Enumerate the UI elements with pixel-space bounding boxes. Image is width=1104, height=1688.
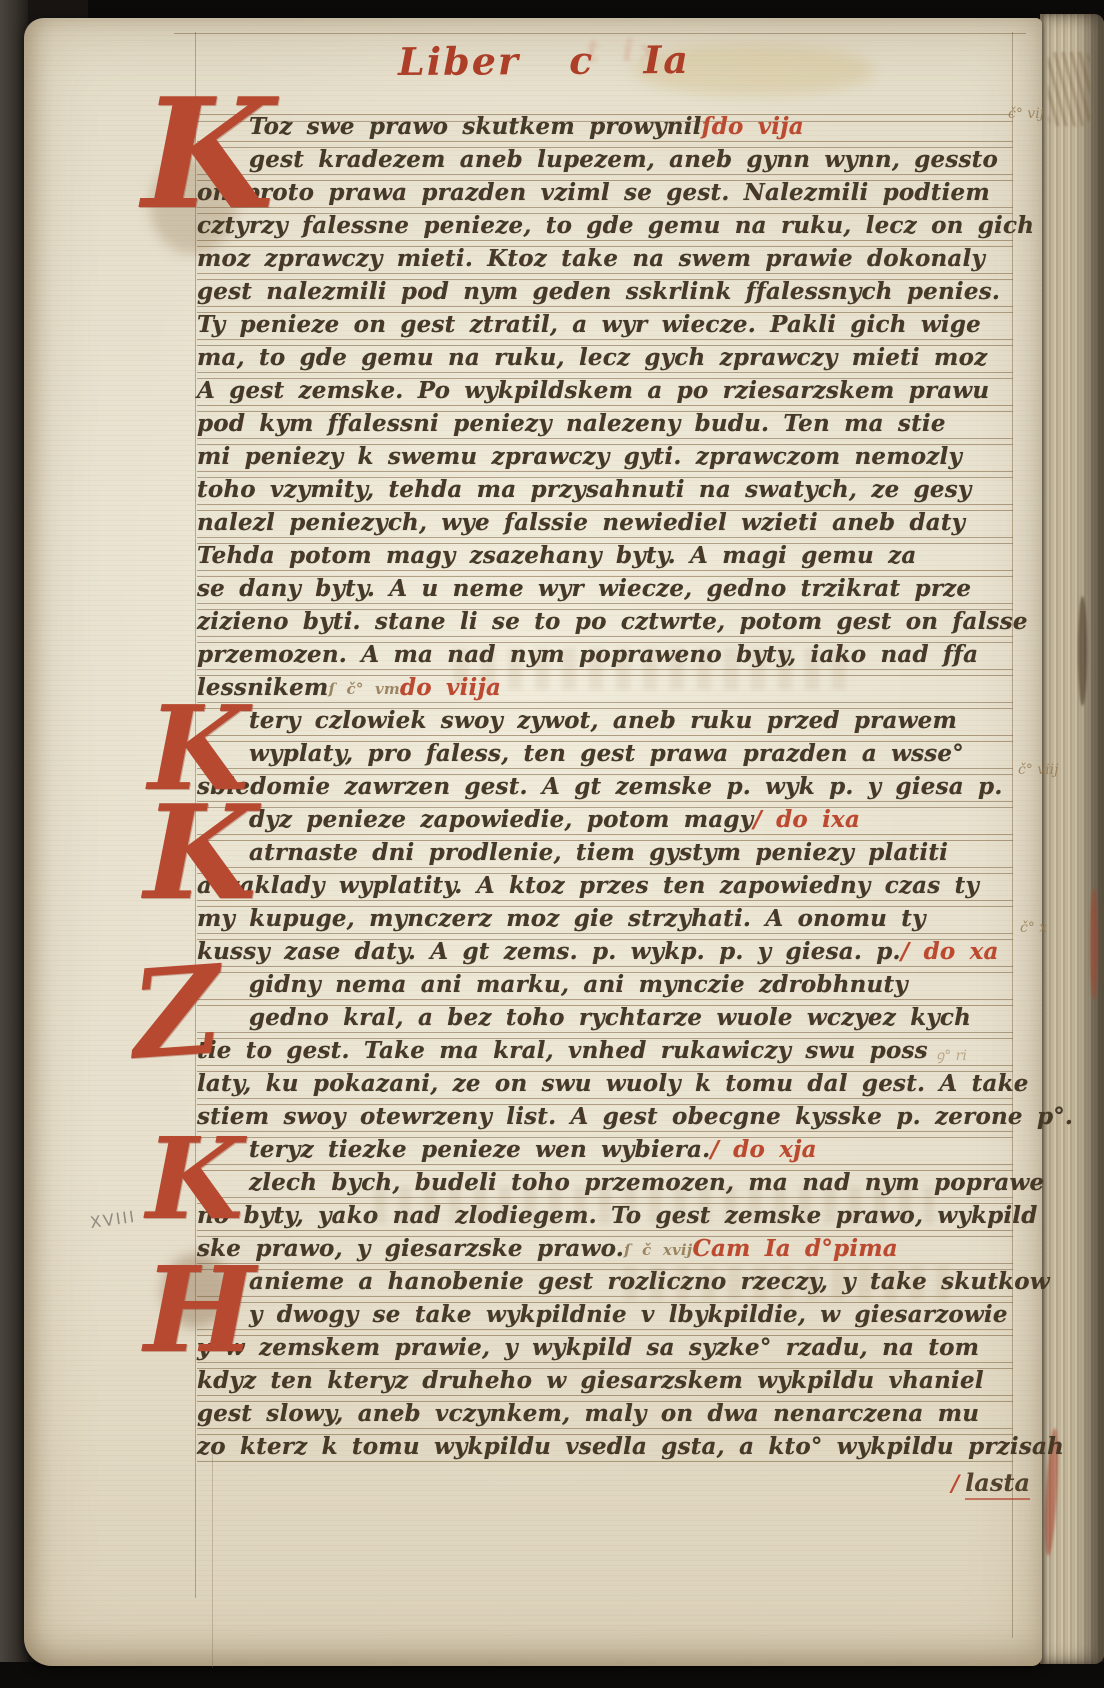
manuscript-line: nalezl peniezych, wye falssie newiediel …: [197, 510, 1013, 538]
fore-edge-mark: [1078, 596, 1087, 706]
body-text: A gest zemske. Po wykpildskem a po rzies…: [197, 377, 989, 404]
book-fore-edge: [1040, 14, 1104, 1664]
body-text: kussy zase daty. A gt zems. p. wykp. p. …: [197, 938, 901, 965]
manuscript-line: gest slowy, aneb vczynkem, maly on dwa n…: [197, 1401, 1013, 1429]
body-text: Ty penieze on gest ztratil, a wyr wiecze…: [197, 311, 981, 338]
manuscript-line: my kupuge, mynczerz moz gie strzyhati. A…: [197, 906, 1013, 934]
body-text: gest nalezmili pod nym geden sskrlink ff…: [197, 278, 1000, 305]
body-text: mi peniezy k swemu zprawczy gyti. zprawc…: [197, 443, 962, 470]
body-text: my kupuge, mynczerz moz gie strzyhati. A…: [197, 905, 926, 932]
chapter-margin-note: č° x: [1020, 920, 1047, 936]
body-text: przemozen. A ma nad nym popraweno byty, …: [197, 641, 978, 668]
body-text: sbiedomie zawrzen gest. A gt zemske p. w…: [197, 773, 1003, 800]
chapter-margin-note: č° viij: [1018, 762, 1059, 778]
body-text: laty, ku pokazani, ze on swu wuoly k tom…: [197, 1070, 1029, 1097]
manuscript-line: lessnikem ſ č° vm do viija: [197, 675, 1013, 703]
body-text: zo kterz k tomu wykpildu vsedla gsta, a …: [197, 1433, 1064, 1460]
body-text: y w zemskem prawie, y wykpild sa syzke° …: [197, 1334, 979, 1361]
body-text: ske prawo, y giesarzske prawo.: [197, 1235, 624, 1262]
body-text: stiem swoy otewrzeny list. A gest obecgn…: [197, 1103, 1073, 1130]
body-text: nalezl peniezych, wye falssie newiediel …: [197, 509, 965, 536]
red-initial-K: K: [146, 1134, 243, 1226]
red-initial-H: H: [144, 1262, 256, 1359]
body-text: teryz tiezke penieze wen wybiera.: [249, 1136, 710, 1163]
manuscript-line: kussy zase daty. A gt zems. p. wykp. p. …: [197, 939, 1013, 967]
manuscript-line: A gest zemske. Po wykpildskem a po rzies…: [197, 378, 1013, 406]
body-text: dyz penieze zapowiedie, potom magy: [249, 806, 753, 833]
manuscript-line: cztyrzy falessne penieze, to gde gemu na…: [197, 213, 1013, 241]
modern-pencil-foliation: XVIII: [89, 1207, 137, 1232]
manuscript-line: zo kterz k tomu wykpildu vsedla gsta, a …: [197, 1434, 1013, 1462]
parchment-page: Liber c Ia t ix Toz swe prawo skutkem pr…: [24, 18, 1042, 1666]
body-text: kdyz ten kteryz druheho w giesarzskem wy…: [197, 1367, 984, 1394]
body-text: zizieno byti. stane li se to po cztwrte,…: [197, 608, 1028, 635]
rubric-text: do vija: [712, 113, 804, 140]
body-text: se dany byty. A u neme wyr wiecze, gedno…: [197, 575, 971, 602]
text-block: Toz swe prawo skutkem prowynil ſ do vija…: [197, 114, 1013, 1467]
body-text: toho vzymity, tehda ma przysahnuti na sw…: [197, 476, 971, 503]
body-text: moz zprawczy mieti. Ktoz take na swem pr…: [197, 245, 985, 272]
manuscript-line: a zaklady wyplatity. A ktoz przes ten za…: [197, 873, 1013, 901]
manuscript-line: ske prawo, y giesarzske prawo. ſ č xvij …: [197, 1236, 1013, 1264]
body-text: y dwogy se take wykpildnie v lbykpildie,…: [249, 1301, 1008, 1328]
rubric-text: ſ: [702, 113, 712, 140]
rubric-text: Cam Ia d°pima: [692, 1235, 897, 1262]
manuscript-line: Ty penieze on gest ztratil, a wyr wiecze…: [197, 312, 1013, 340]
manuscript-scan: { "document": { "type": "medieval-manusc…: [0, 0, 1104, 1688]
manuscript-line: ma, to gde gemu na ruku, lecz gych zpraw…: [197, 345, 1013, 373]
body-text: gidny nema ani marku, ani mynczie zdrobh…: [249, 971, 908, 998]
running-title-rubric: Liber c Ia: [354, 37, 734, 85]
manuscript-line: moz zprawczy mieti. Ktoz take na swem pr…: [197, 246, 1013, 274]
manuscript-line: on proto prawa prazden vziml se gest. Na…: [197, 180, 1013, 208]
parchment-crease: [212, 1454, 213, 1668]
manuscript-line: gidny nema ani marku, ani mynczie zdrobh…: [197, 972, 1013, 1000]
red-initial-K: K: [142, 92, 274, 217]
manuscript-line: atrnaste dni prodlenie, tiem gystym peni…: [197, 840, 1013, 868]
catchword-red-slash: /: [951, 1471, 959, 1497]
body-text: gest slowy, aneb vczynkem, maly on dwa n…: [197, 1400, 979, 1427]
manuscript-line: y dwogy se take wykpildnie v lbykpildie,…: [197, 1302, 1013, 1330]
header-ink-offset-ghost: t ix: [586, 34, 664, 69]
red-initial-Z: Z: [129, 959, 225, 1065]
body-text: cztyrzy falessne penieze, to gde gemu na…: [197, 212, 1034, 239]
body-text: tery czlowiek swoy zywot, aneb ruku prze…: [249, 707, 957, 734]
manuscript-line: Toz swe prawo skutkem prowynil ſ do vija: [197, 114, 1013, 142]
rubric-text: / do ixa: [753, 806, 860, 833]
manuscript-line: anieme a hanobenie gest rozliczno rzeczy…: [197, 1269, 1013, 1297]
chapter-margin-note: č° vij: [1008, 106, 1044, 122]
manuscript-line: toho vzymity, tehda ma przysahnuti na sw…: [197, 477, 1013, 505]
manuscript-line: se dany byty. A u neme wyr wiecze, gedno…: [197, 576, 1013, 604]
manuscript-line: gedno kral, a bez toho rychtarze wuole w…: [197, 1005, 1013, 1033]
body-text: wyplaty, pro faless, ten gest prawa praz…: [249, 740, 964, 767]
catchword-text: lasta: [965, 1468, 1030, 1500]
manuscript-line: gest kradezem aneb lupezem, aneb gynn wy…: [197, 147, 1013, 175]
body-text: zlech bych, budeli toho przemozen, ma na…: [249, 1169, 1044, 1196]
body-text: tie to gest. Take ma kral, vnhed rukawic…: [197, 1037, 928, 1064]
manuscript-line: mi peniezy k swemu zprawczy gyti. zprawc…: [197, 444, 1013, 472]
body-text: anieme a hanobenie gest rozliczno rzeczy…: [249, 1268, 1050, 1295]
catchword: /lasta: [870, 1468, 1030, 1497]
manuscript-line: tery czlowiek swoy zywot, aneb ruku prze…: [197, 708, 1013, 736]
body-text: gedno kral, a bez toho rychtarze wuole w…: [249, 1004, 971, 1031]
red-initial-K: K: [144, 800, 257, 907]
manuscript-line: tie to gest. Take ma kral, vnhed rukawic…: [197, 1038, 1013, 1066]
rubric-text: do viija: [400, 674, 501, 701]
fore-edge-red-bleed: [1090, 888, 1098, 1000]
interline-note: ſ č° vm: [328, 676, 400, 703]
body-text: atrnaste dni prodlenie, tiem gystym peni…: [249, 839, 948, 866]
body-text: pod kym ffalessni peniezy nalezeny budu.…: [197, 410, 946, 437]
manuscript-line: zizieno byti. stane li se to po cztwrte,…: [197, 609, 1013, 637]
rubric-text: / do xja: [710, 1136, 816, 1163]
body-text: no byty, yako nad zlodiegem. To gest zem…: [197, 1202, 1038, 1229]
body-text: a zaklady wyplatity. A ktoz przes ten za…: [197, 872, 979, 899]
rubric-text: / do xa: [901, 938, 999, 965]
body-text: gest kradezem aneb lupezem, aneb gynn wy…: [249, 146, 998, 173]
manuscript-line: stiem swoy otewrzeny list. A gest obecgn…: [197, 1104, 1013, 1132]
manuscript-line: zlech bych, budeli toho przemozen, ma na…: [197, 1170, 1013, 1198]
manuscript-line: gest nalezmili pod nym geden sskrlink ff…: [197, 279, 1013, 307]
chapter-margin-note: ꝯ° ri: [936, 1046, 967, 1065]
manuscript-line: teryz tiezke penieze wen wybiera. / do x…: [197, 1137, 1013, 1165]
manuscript-line: y w zemskem prawie, y wykpild sa syzke° …: [197, 1335, 1013, 1363]
manuscript-line: sbiedomie zawrzen gest. A gt zemske p. w…: [197, 774, 1013, 802]
manuscript-line: kdyz ten kteryz druheho w giesarzskem wy…: [197, 1368, 1013, 1396]
fore-edge-mark: [1048, 52, 1090, 126]
manuscript-line: laty, ku pokazani, ze on swu wuoly k tom…: [197, 1071, 1013, 1099]
manuscript-line: wyplaty, pro faless, ten gest prawa praz…: [197, 741, 1013, 769]
body-text: Toz swe prawo skutkem prowynil: [249, 113, 702, 140]
body-text: on proto prawa prazden vziml se gest. Na…: [197, 179, 990, 206]
manuscript-line: no byty, yako nad zlodiegem. To gest zem…: [197, 1203, 1013, 1231]
manuscript-line: przemozen. A ma nad nym popraweno byty, …: [197, 642, 1013, 670]
manuscript-line: pod kym ffalessni peniezy nalezeny budu.…: [197, 411, 1013, 439]
body-text: ma, to gde gemu na ruku, lecz gych zpraw…: [197, 344, 987, 371]
manuscript-line: dyz penieze zapowiedie, potom magy / do …: [197, 807, 1013, 835]
body-text: Tehda potom magy zsazehany byty. A magi …: [197, 542, 916, 569]
manuscript-line: Tehda potom magy zsazehany byty. A magi …: [197, 543, 1013, 571]
interline-note: ſ č xvij: [624, 1237, 692, 1264]
